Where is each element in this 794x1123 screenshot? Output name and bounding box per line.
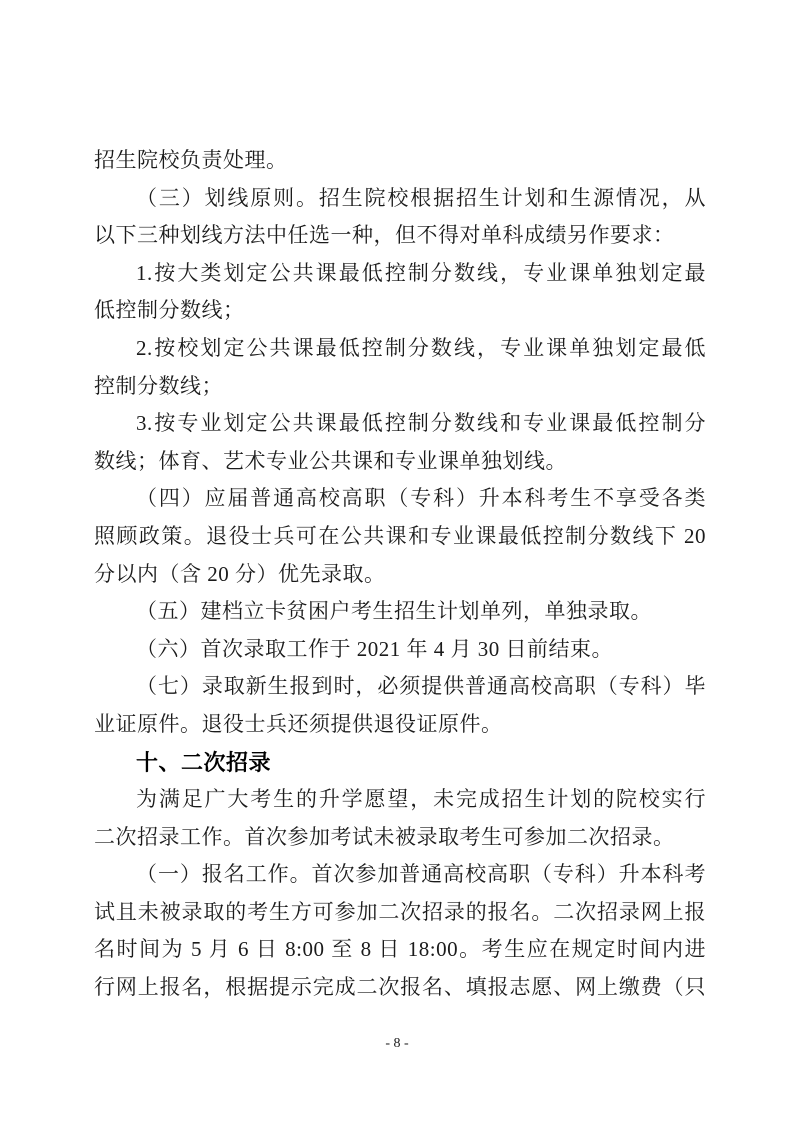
text-line: （七）录取新生报到时，必须提供普通高校高职（专科）毕 — [94, 668, 706, 706]
text-line: 低控制分数线； — [94, 292, 706, 330]
text-line: 名时间为 5 月 6 日 8:00 至 8 日 18:00。考生应在规定时间内进 — [94, 931, 706, 969]
section-heading: 十、二次招录 — [94, 744, 706, 782]
text-line: （六）首次录取工作于 2021 年 4 月 30 日前结束。 — [94, 631, 706, 669]
text-line: （四）应届普通高校高职（专科）升本科考生不享受各类 — [94, 480, 706, 518]
text-line: 1.按大类划定公共课最低控制分数线，专业课单独划定最 — [94, 255, 706, 293]
text-line: 分以内（含 20 分）优先录取。 — [94, 556, 706, 594]
text-line: 数线；体育、艺术专业公共课和专业课单独划线。 — [94, 443, 706, 481]
text-line: 试且未被录取的考生方可参加二次招录的报名。二次招录网上报 — [94, 894, 706, 932]
text-line: 为满足广大考生的升学愿望，未完成招生计划的院校实行 — [94, 781, 706, 819]
document-body: 招生院校负责处理。（三）划线原则。招生院校根据招生计划和生源情况，从以下三种划线… — [94, 142, 706, 1007]
text-line: 照顾政策。退役士兵可在公共课和专业课最低控制分数线下 20 — [94, 518, 706, 556]
text-line: （一）报名工作。首次参加普通高校高职（专科）升本科考 — [94, 856, 706, 894]
text-line: 行网上报名，根据提示完成二次报名、填报志愿、网上缴费（只 — [94, 969, 706, 1007]
document-page: 招生院校负责处理。（三）划线原则。招生院校根据招生计划和生源情况，从以下三种划线… — [0, 0, 794, 1123]
text-line: （五）建档立卡贫困户考生招生计划单列，单独录取。 — [94, 593, 706, 631]
text-line: 2.按校划定公共课最低控制分数线，专业课单独划定最低 — [94, 330, 706, 368]
text-line: 控制分数线； — [94, 368, 706, 406]
text-line: 招生院校负责处理。 — [94, 142, 706, 180]
text-line: 业证原件。退役士兵还须提供退役证原件。 — [94, 706, 706, 744]
text-line: （三）划线原则。招生院校根据招生计划和生源情况，从 — [94, 180, 706, 218]
text-line: 以下三种划线方法中任选一种，但不得对单科成绩另作要求： — [94, 217, 706, 255]
text-line: 3.按专业划定公共课最低控制分数线和专业课最低控制分 — [94, 405, 706, 443]
text-line: 二次招录工作。首次参加考试未被录取考生可参加二次招录。 — [94, 819, 706, 857]
page-number: - 8 - — [0, 1036, 794, 1052]
